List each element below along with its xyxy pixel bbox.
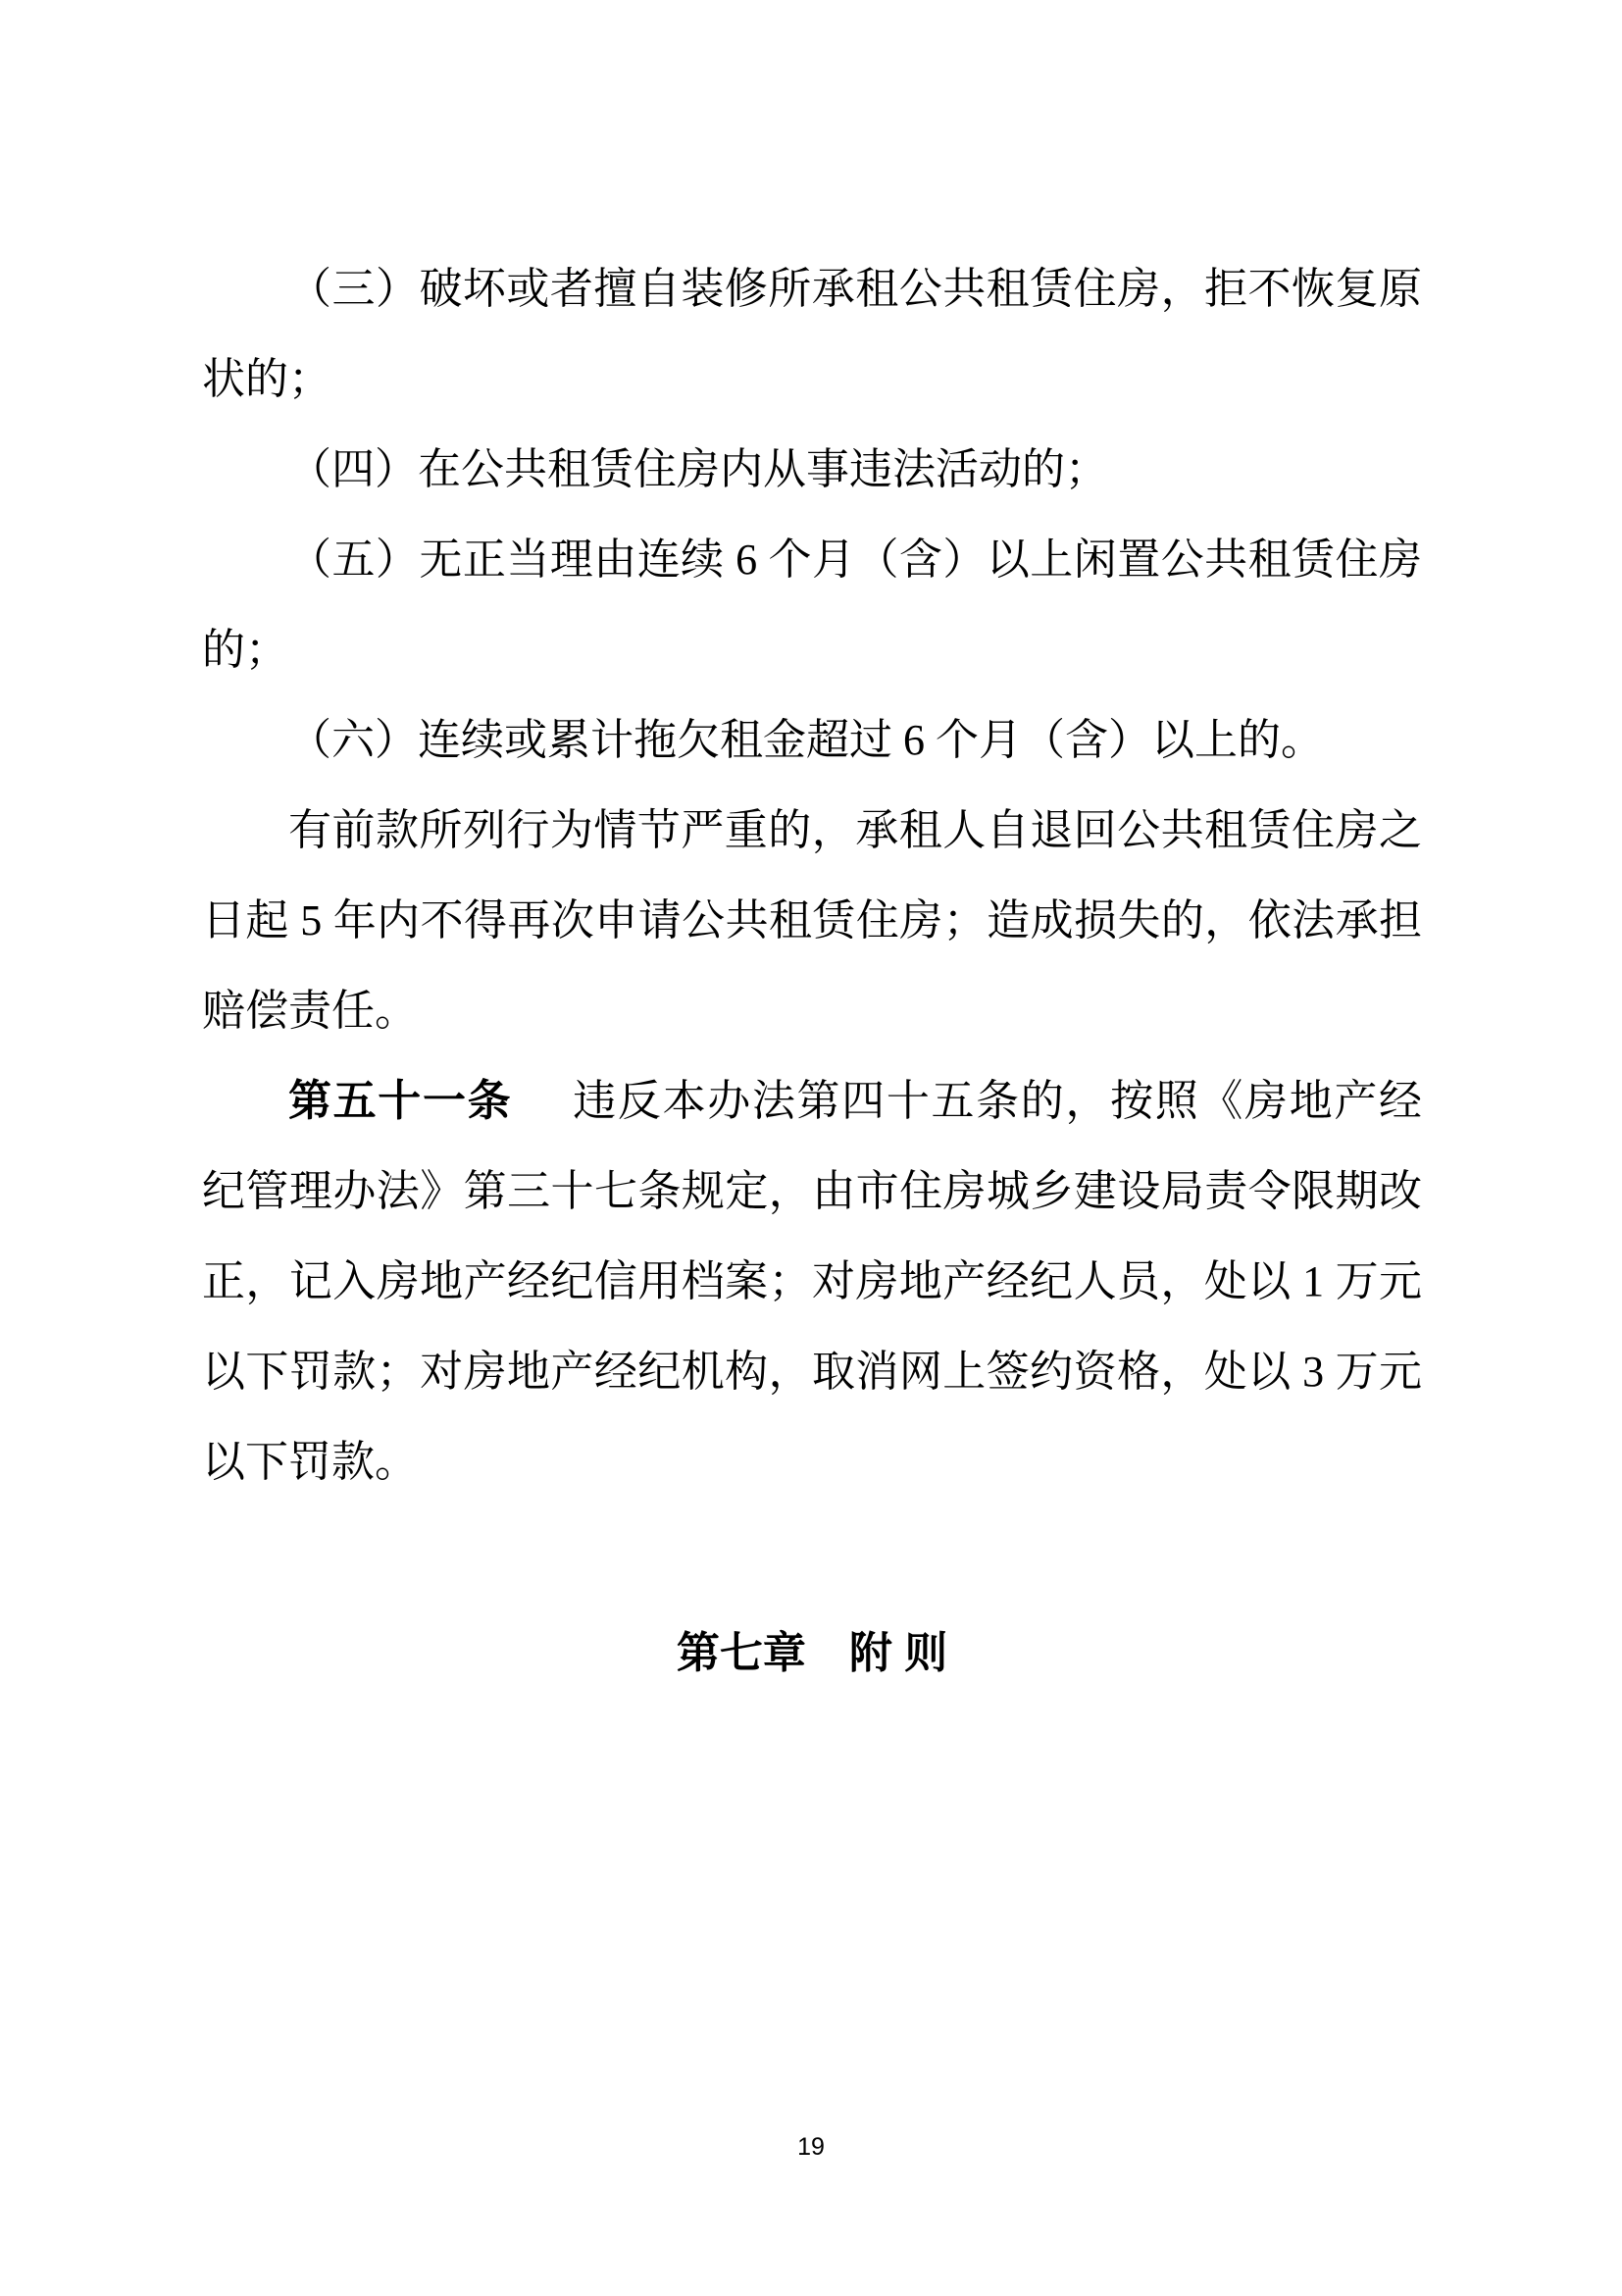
document-page: （三）破坏或者擅自装修所承租公共租赁住房，拒不恢复原状的； （四）在公共租赁住房… <box>0 0 1622 2296</box>
page-number: 19 <box>0 2132 1622 2162</box>
severe-consequence-paragraph: 有前款所列行为情节严重的，承租人自退回公共租赁住房之日起 5 年内不得再次申请公… <box>202 786 1422 1056</box>
article-51-number: 第五十一条 <box>288 1077 512 1125</box>
clause-item-3: （三）破坏或者擅自装修所承租公共租赁住房，拒不恢复原状的； <box>202 244 1422 425</box>
article-51-paragraph: 第五十一条违反本办法第四十五条的，按照《房地产经纪管理办法》第三十七条规定，由市… <box>202 1056 1422 1507</box>
article-51-text: 违反本办法第四十五条的，按照《房地产经纪管理办法》第三十七条规定，由市住房城乡建… <box>202 1077 1422 1486</box>
clause-item-6: （六）连续或累计拖欠租金超过 6 个月（含）以上的。 <box>202 695 1422 786</box>
clause-item-5: （五）无正当理由连续 6 个月（含）以上闲置公共租赁住房的； <box>202 515 1422 695</box>
text-block: （三）破坏或者擅自装修所承租公共租赁住房，拒不恢复原状的； （四）在公共租赁住房… <box>202 244 1422 1699</box>
clause-item-4: （四）在公共租赁住房内从事违法活动的； <box>202 425 1422 515</box>
chapter-7-heading: 第七章 附 则 <box>202 1608 1422 1699</box>
